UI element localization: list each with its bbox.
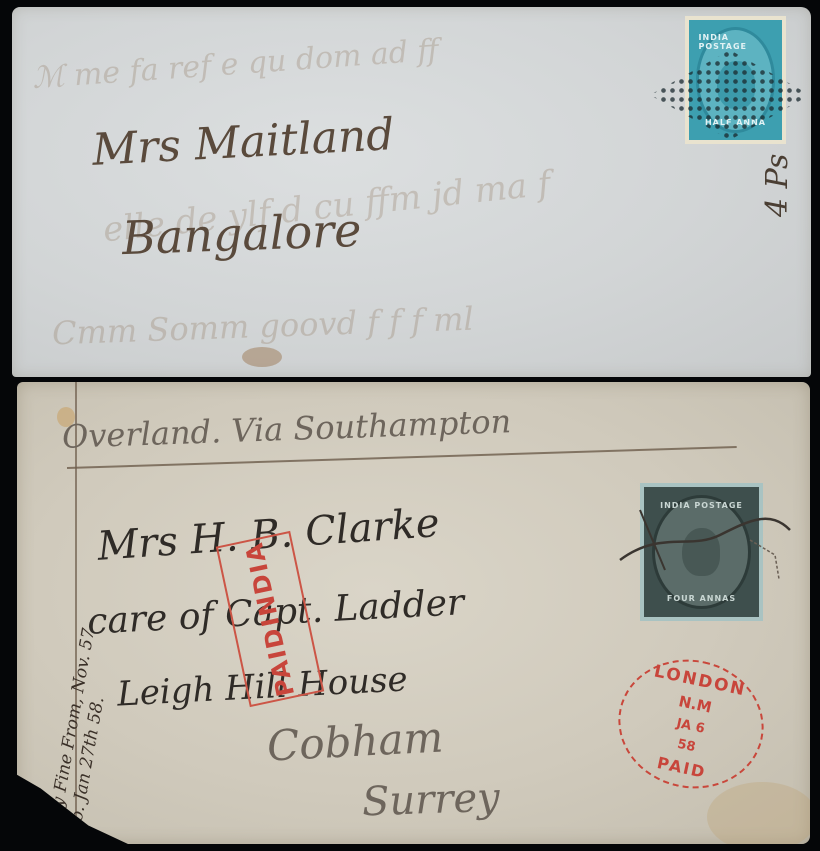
address-line-4: Cobham [266, 712, 445, 770]
address-line-1: Mrs Maitland [91, 109, 396, 176]
stain [707, 782, 810, 844]
handstamp-line-2: PAID [258, 624, 300, 699]
address-line-5: Surrey [361, 775, 500, 826]
cds-date: JA 6 [675, 716, 706, 737]
stamp-value: FOUR ANNAS [667, 594, 736, 603]
address-line-2: Bangalore [121, 203, 362, 265]
stain [242, 347, 282, 367]
stamp-half-anna: INDIA POSTAGE HALF ANNA [685, 16, 786, 144]
pen-cancel-mark [600, 490, 800, 580]
handstamp-line-1: INDIA [240, 538, 285, 628]
cds-code: N.M [677, 692, 713, 717]
queen-portrait-icon [717, 61, 755, 109]
ghost-writing: Cmm Somm goovd f f f ml [51, 300, 474, 353]
route-line: Overland. Via Southampton [61, 402, 511, 456]
cds-year: 58 [676, 737, 697, 755]
stamp-country: INDIA POSTAGE [699, 33, 773, 51]
stamp-value: HALF ANNA [705, 118, 766, 127]
rate-note: 4 Ps [760, 154, 795, 217]
ghost-writing: ℳ me fa ref e qu dom ad ff [31, 33, 440, 96]
cds-paid: PAID [655, 753, 708, 782]
